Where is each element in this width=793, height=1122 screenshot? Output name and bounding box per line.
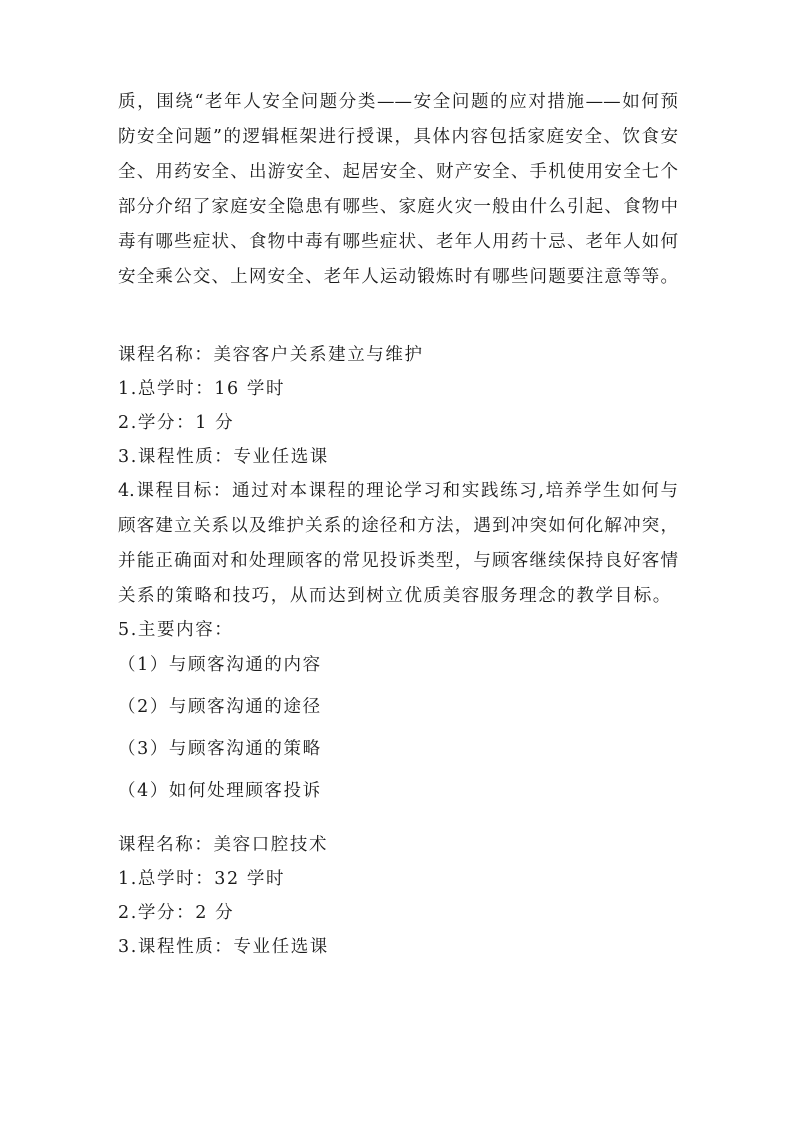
course-content-item: （2）与顾客沟通的途径 [118,697,322,717]
course-content-heading: 5.主要内容： [118,620,233,640]
course-name: 课程名称：美容口腔技术 [118,835,328,855]
course-name: 课程名称：美容客户关系建立与维护 [118,345,424,365]
paragraph-line: 部分介绍了家庭安全隐患有哪些、家庭火灾一般由什么引起、食物中 [118,197,678,217]
course-nature: 3.课程性质：专业任选课 [118,937,329,957]
course-nature: 3.课程性质：专业任选课 [118,447,329,467]
paragraph-line: 安全乘公交、上网安全、老年人运动锻炼时有哪些问题要注意等等。 [118,267,678,287]
course-content-item: （1）与顾客沟通的内容 [118,655,322,675]
course-hours: 1.总学时：32 学时 [118,869,285,889]
paragraph-line: 防安全问题”的逻辑框架进行授课，具体内容包括家庭安全、饮食安 [118,127,678,147]
paragraph-line: 质，围绕“老年人安全问题分类——安全问题的应对措施——如何预 [118,92,678,112]
course-objective-line: 并能正确面对和处理顾客的常见投诉类型，与顾客继续保持良好客情 [118,551,678,571]
course-objective-line: 关系的策略和技巧，从而达到树立优质美容服务理念的教学目标。 [118,586,672,606]
course-content-item: （3）与顾客沟通的策略 [118,739,322,759]
course-content-item: （4）如何处理顾客投诉 [118,781,322,801]
paragraph-line: 毒有哪些症状、食物中毒有哪些症状、老年人用药十忌、老年人如何 [118,232,678,252]
course-credits: 2.学分：2 分 [118,903,234,923]
course-objective-line: 4.课程目标：通过对本课程的理论学习和实践练习,培养学生如何与 [118,481,678,501]
course-hours: 1.总学时：16 学时 [118,379,285,399]
course-credits: 2.学分：1 分 [118,413,234,433]
paragraph-line: 全、用药安全、出游安全、起居安全、财产安全、手机使用安全七个 [118,162,678,182]
course-objective-line: 顾客建立关系以及维护关系的途径和方法，遇到冲突如何化解冲突， [118,516,678,536]
